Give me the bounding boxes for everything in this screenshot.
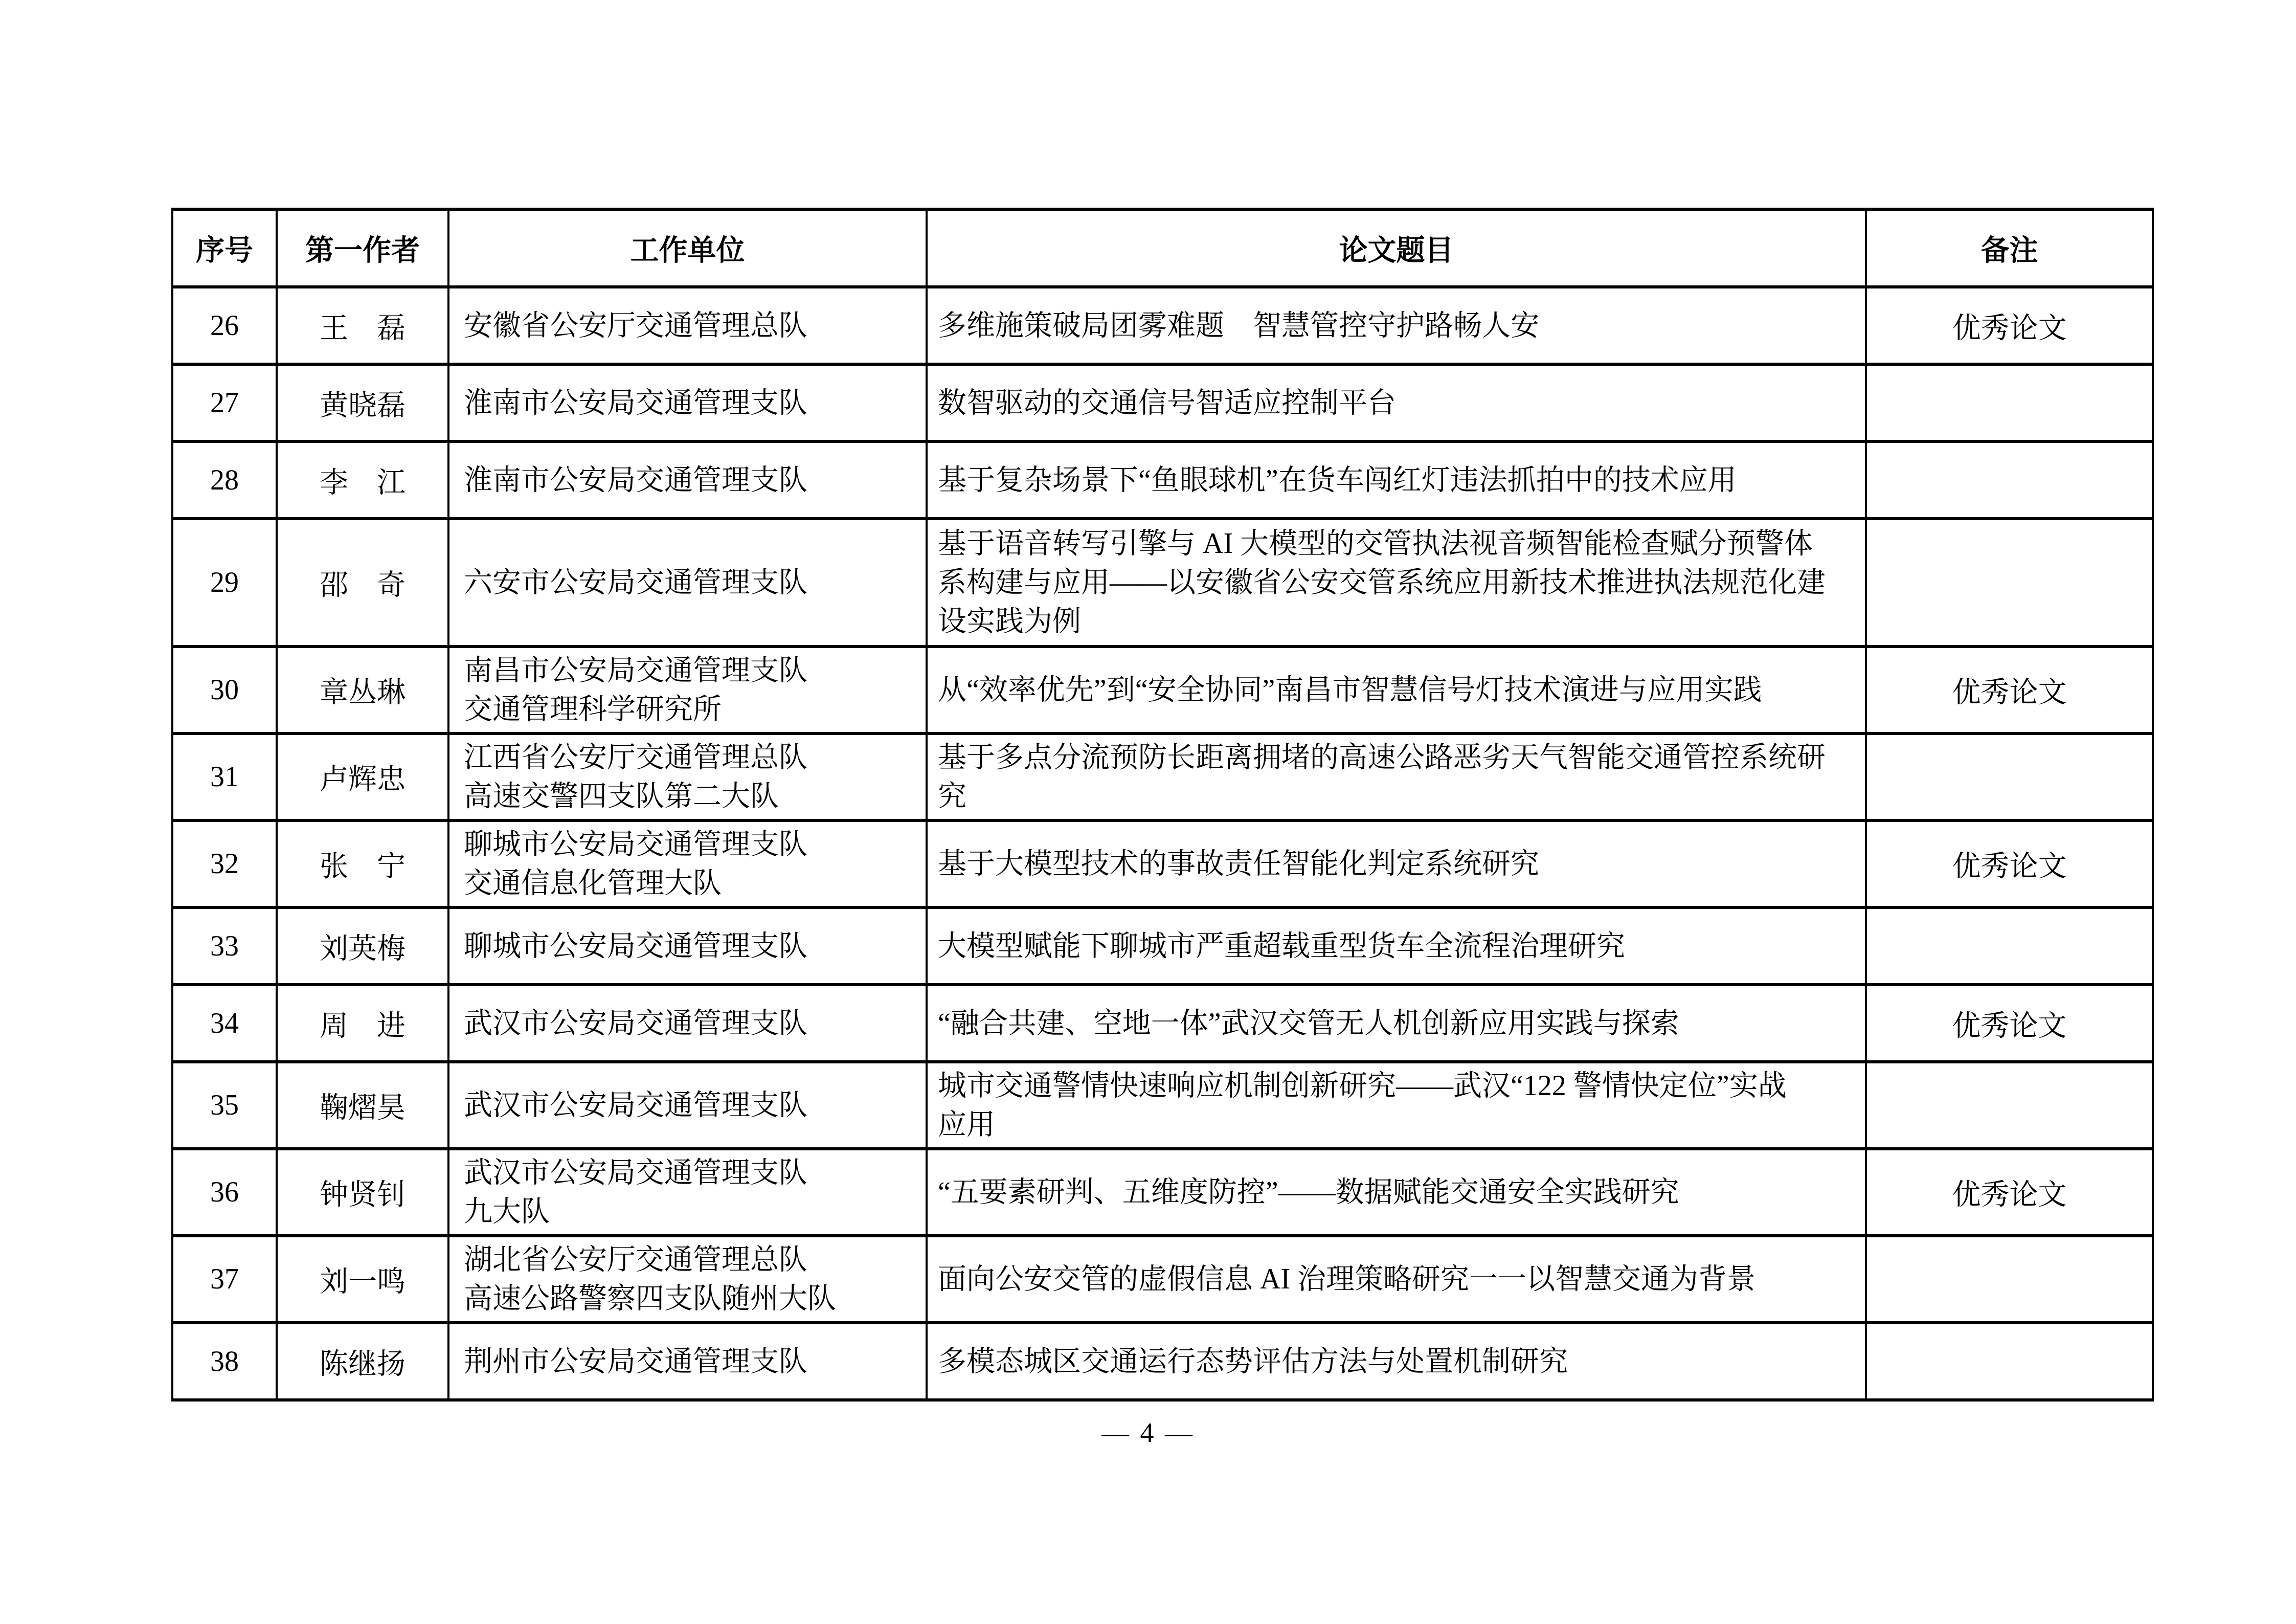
remark-cell [1866,1323,2153,1400]
table-row: 26 王 磊 安徽省公安厅交通管理总队 多维施策破局团雾难题 智慧管控守护路畅人… [172,287,2153,364]
title-cell: 基于复杂场景下“鱼眼球机”在货车闯红灯违法抓拍中的技术应用 [927,441,1866,519]
title-cell: 基于大模型技术的事故责任智能化判定系统研究 [927,820,1866,907]
unit-cell: 南昌市公安局交通管理支队 交通管理科学研究所 [448,647,927,733]
unit-cell: 湖北省公安厅交通管理总队 高速公路警察四支队随州大队 [448,1236,927,1323]
table-row: 27 黄晓磊 淮南市公安局交通管理支队 数智驱动的交通信号智适应控制平台 [172,364,2153,441]
table-row: 33 刘英梅 聊城市公安局交通管理支队 大模型赋能下聊城市严重超载重型货车全流程… [172,907,2153,985]
serial-cell: 27 [172,364,277,441]
remark-cell [1866,441,2153,519]
table-row: 37 刘一鸣 湖北省公安厅交通管理总队 高速公路警察四支队随州大队 面向公安交管… [172,1236,2153,1323]
serial-cell: 36 [172,1149,277,1236]
remark-cell [1866,1236,2153,1323]
remark-cell [1866,733,2153,820]
table-row: 34 周 进 武汉市公安局交通管理支队 “融合共建、空地一体”武汉交管无人机创新… [172,985,2153,1062]
title-cell: 面向公安交管的虚假信息 AI 治理策略研究一一以智慧交通为背景 [927,1236,1866,1323]
title-cell: 多维施策破局团雾难题 智慧管控守护路畅人安 [927,287,1866,364]
unit-cell: 六安市公安局交通管理支队 [448,519,927,647]
title-cell: “五要素研判、五维度防控”——数据赋能交通安全实践研究 [927,1149,1866,1236]
table-row: 30 章丛琳 南昌市公安局交通管理支队 交通管理科学研究所 从“效率优先”到“安… [172,647,2153,733]
remark-cell: 优秀论文 [1866,647,2153,733]
header-paper-title: 论文题目 [927,209,1866,287]
remark-cell: 优秀论文 [1866,287,2153,364]
table-row: 36 钟贤钊 武汉市公安局交通管理支队 九大队 “五要素研判、五维度防控”——数… [172,1149,2153,1236]
unit-cell: 荆州市公安局交通管理支队 [448,1323,927,1400]
author-cell: 周 进 [277,985,448,1062]
title-cell: 基于语音转写引擎与 AI 大模型的交管执法视音频智能检查赋分预警体 系构建与应用… [927,519,1866,647]
author-cell: 李 江 [277,441,448,519]
header-serial-number: 序号 [172,209,277,287]
serial-cell: 31 [172,733,277,820]
remark-cell [1866,907,2153,985]
serial-cell: 35 [172,1062,277,1149]
unit-cell: 聊城市公安局交通管理支队 交通信息化管理大队 [448,820,927,907]
author-cell: 刘英梅 [277,907,448,985]
serial-cell: 30 [172,647,277,733]
title-cell: 城市交通警情快速响应机制创新研究——武汉“122 警情快定位”实战 应用 [927,1062,1866,1149]
remark-cell: 优秀论文 [1866,985,2153,1062]
author-cell: 卢辉忠 [277,733,448,820]
remark-cell [1866,1062,2153,1149]
remark-cell [1866,519,2153,647]
author-cell: 陈继扬 [277,1323,448,1400]
unit-cell: 江西省公安厅交通管理总队 高速交警四支队第二大队 [448,733,927,820]
header-work-unit: 工作单位 [448,209,927,287]
serial-cell: 29 [172,519,277,647]
unit-cell: 淮南市公安局交通管理支队 [448,441,927,519]
title-cell: 大模型赋能下聊城市严重超载重型货车全流程治理研究 [927,907,1866,985]
title-cell: 从“效率优先”到“安全协同”南昌市智慧信号灯技术演进与应用实践 [927,647,1866,733]
unit-cell: 安徽省公安厅交通管理总队 [448,287,927,364]
unit-cell: 聊城市公安局交通管理支队 [448,907,927,985]
remark-cell [1866,364,2153,441]
table-row: 35 鞠熠昊 武汉市公安局交通管理支队 城市交通警情快速响应机制创新研究——武汉… [172,1062,2153,1149]
table-row: 29 邵 奇 六安市公安局交通管理支队 基于语音转写引擎与 AI 大模型的交管执… [172,519,2153,647]
table-row: 28 李 江 淮南市公安局交通管理支队 基于复杂场景下“鱼眼球机”在货车闯红灯违… [172,441,2153,519]
unit-cell: 武汉市公安局交通管理支队 [448,1062,927,1149]
remark-cell: 优秀论文 [1866,1149,2153,1236]
title-cell: 基于多点分流预防长距离拥堵的高速公路恶劣天气智能交通管控系统研 究 [927,733,1866,820]
author-cell: 王 磊 [277,287,448,364]
author-cell: 刘一鸣 [277,1236,448,1323]
serial-cell: 37 [172,1236,277,1323]
author-cell: 章丛琳 [277,647,448,733]
author-cell: 鞠熠昊 [277,1062,448,1149]
header-first-author: 第一作者 [277,209,448,287]
remark-cell: 优秀论文 [1866,820,2153,907]
page-number: — 4 — [0,1417,2296,1449]
unit-cell: 淮南市公安局交通管理支队 [448,364,927,441]
table-row: 31 卢辉忠 江西省公安厅交通管理总队 高速交警四支队第二大队 基于多点分流预防… [172,733,2153,820]
author-cell: 黄晓磊 [277,364,448,441]
title-cell: 数智驱动的交通信号智适应控制平台 [927,364,1866,441]
serial-cell: 26 [172,287,277,364]
table-row: 38 陈继扬 荆州市公安局交通管理支队 多模态城区交通运行态势评估方法与处置机制… [172,1323,2153,1400]
papers-table: 序号 第一作者 工作单位 论文题目 备注 26 王 磊 安徽省公安厅交通管理总队… [171,208,2154,1401]
author-cell: 钟贤钊 [277,1149,448,1236]
serial-cell: 33 [172,907,277,985]
serial-cell: 32 [172,820,277,907]
serial-cell: 28 [172,441,277,519]
unit-cell: 武汉市公安局交通管理支队 九大队 [448,1149,927,1236]
document-page: 序号 第一作者 工作单位 论文题目 备注 26 王 磊 安徽省公安厅交通管理总队… [0,0,2296,1624]
header-remark: 备注 [1866,209,2153,287]
title-cell: “融合共建、空地一体”武汉交管无人机创新应用实践与探索 [927,985,1866,1062]
table-row: 32 张 宁 聊城市公安局交通管理支队 交通信息化管理大队 基于大模型技术的事故… [172,820,2153,907]
serial-cell: 38 [172,1323,277,1400]
table-header-row: 序号 第一作者 工作单位 论文题目 备注 [172,209,2153,287]
serial-cell: 34 [172,985,277,1062]
title-cell: 多模态城区交通运行态势评估方法与处置机制研究 [927,1323,1866,1400]
unit-cell: 武汉市公安局交通管理支队 [448,985,927,1062]
author-cell: 邵 奇 [277,519,448,647]
author-cell: 张 宁 [277,820,448,907]
